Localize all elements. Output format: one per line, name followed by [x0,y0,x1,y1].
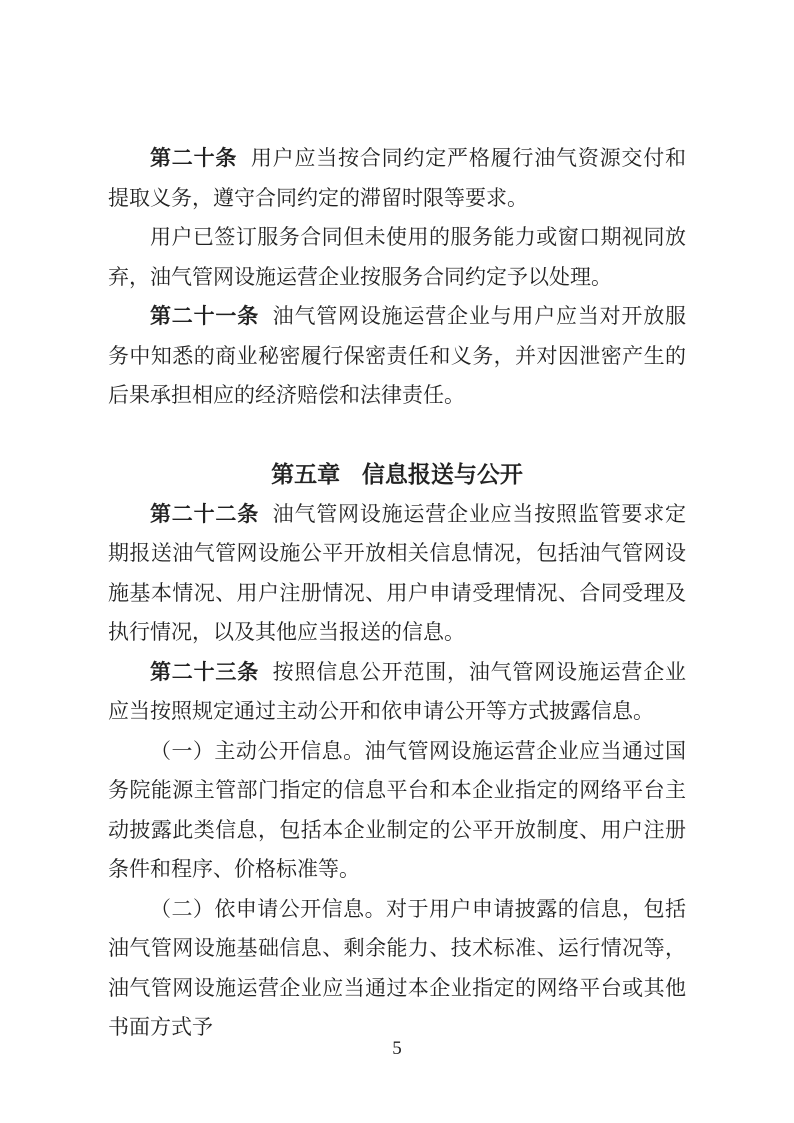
article-number-label: 第二十条 [150,147,237,170]
paragraph-text: （一）主动公开信息。油气管网设施运营企业应当通过国务院能源主管部门指定的信息平台… [108,739,686,882]
article-paragraph: 第二十条用户应当按合同约定严格履行油气资源交付和提取义务，遵守合同约定的滞留时限… [108,139,686,218]
article-number-label: 第二十一条 [150,305,259,328]
chapter-number: 第五章 [271,461,340,487]
chapter-heading: 第五章信息报送与公开 [108,455,686,495]
article-number-label: 第二十三条 [150,661,259,684]
paragraph-text: （二）依申请公开信息。对于用户申请披露的信息，包括油气管网设施基础信息、剩余能力… [108,897,686,1040]
article-paragraph: 第二十三条按照信息公开范围，油气管网设施运营企业应当按照规定通过主动公开和依申请… [108,653,686,732]
body-paragraph: （二）依申请公开信息。对于用户申请披露的信息，包括油气管网设施基础信息、剩余能力… [108,890,686,1048]
body-paragraph: （一）主动公开信息。油气管网设施运营企业应当通过国务院能源主管部门指定的信息平台… [108,732,686,890]
article-paragraph: 第二十二条油气管网设施运营企业应当按照监管要求定期报送油气管网设施公平开放相关信… [108,495,686,653]
article-number-label: 第二十二条 [150,503,259,526]
body-paragraph: 用户已签订服务合同但未使用的服务能力或窗口期视同放弃，油气管网设施运营企业按服务… [108,218,686,297]
article-paragraph: 第二十一条油气管网设施运营企业与用户应当对开放服务中知悉的商业秘密履行保密责任和… [108,297,686,416]
chapter-title: 信息报送与公开 [362,461,523,487]
page-number: 5 [392,1038,402,1059]
page-footer: 5 [0,1038,794,1060]
document-page: 第二十条用户应当按合同约定严格履行油气资源交付和提取义务，遵守合同约定的滞留时限… [0,0,794,1123]
document-body: 第二十条用户应当按合同约定严格履行油气资源交付和提取义务，遵守合同约定的滞留时限… [108,139,686,1048]
paragraph-text: 用户已签订服务合同但未使用的服务能力或窗口期视同放弃，油气管网设施运营企业按服务… [108,225,686,289]
